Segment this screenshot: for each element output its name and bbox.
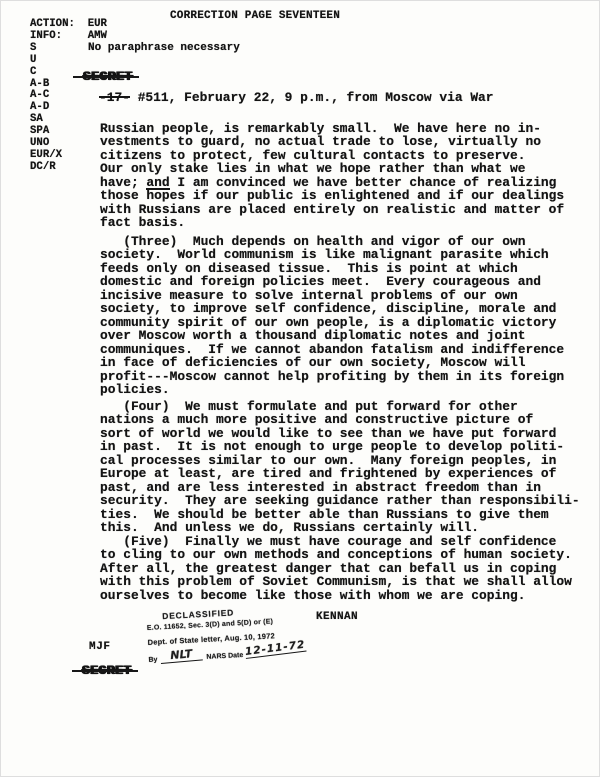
stamp-by-label: By [148, 656, 157, 663]
page-title: CORRECTION PAGE SEVENTEEN [170, 10, 340, 22]
page-number-struck: -17- [99, 90, 130, 105]
stamp-handwritten-initials: NLT [160, 646, 203, 664]
body-paragraph-four: (Four) We must formulate and put forward… [100, 400, 580, 535]
underline-mark-and [146, 188, 170, 190]
body-paragraph-three: (Three) Much depends on health and vigor… [100, 235, 564, 396]
classification-stamp-struck-bottom: SECRET [82, 663, 132, 678]
paraphrase-note: No paraphrase necessary [88, 42, 240, 54]
stamp-nars-date-label: NARS Date [206, 651, 243, 660]
classification-stamp-struck-top: SECRET [83, 69, 133, 84]
telegram-reference-text: #511, February 22, 9 p.m., from Moscow v… [130, 90, 494, 105]
body-paragraph-two-continued: Russian people, is remarkably small. We … [100, 122, 564, 230]
telegram-document-page: CORRECTION PAGE SEVENTEEN ACTION: EUR IN… [0, 0, 600, 777]
body-paragraph-five: (Five) Finally we must have courage and … [100, 535, 572, 602]
typist-initials: MJF [89, 641, 111, 653]
telegram-reference-line: -17- #511, February 22, 9 p.m., from Mos… [99, 90, 494, 105]
declassification-stamp: DECLASSIFIED E.O. 11652, Sec. 3(D) and 5… [146, 602, 348, 664]
